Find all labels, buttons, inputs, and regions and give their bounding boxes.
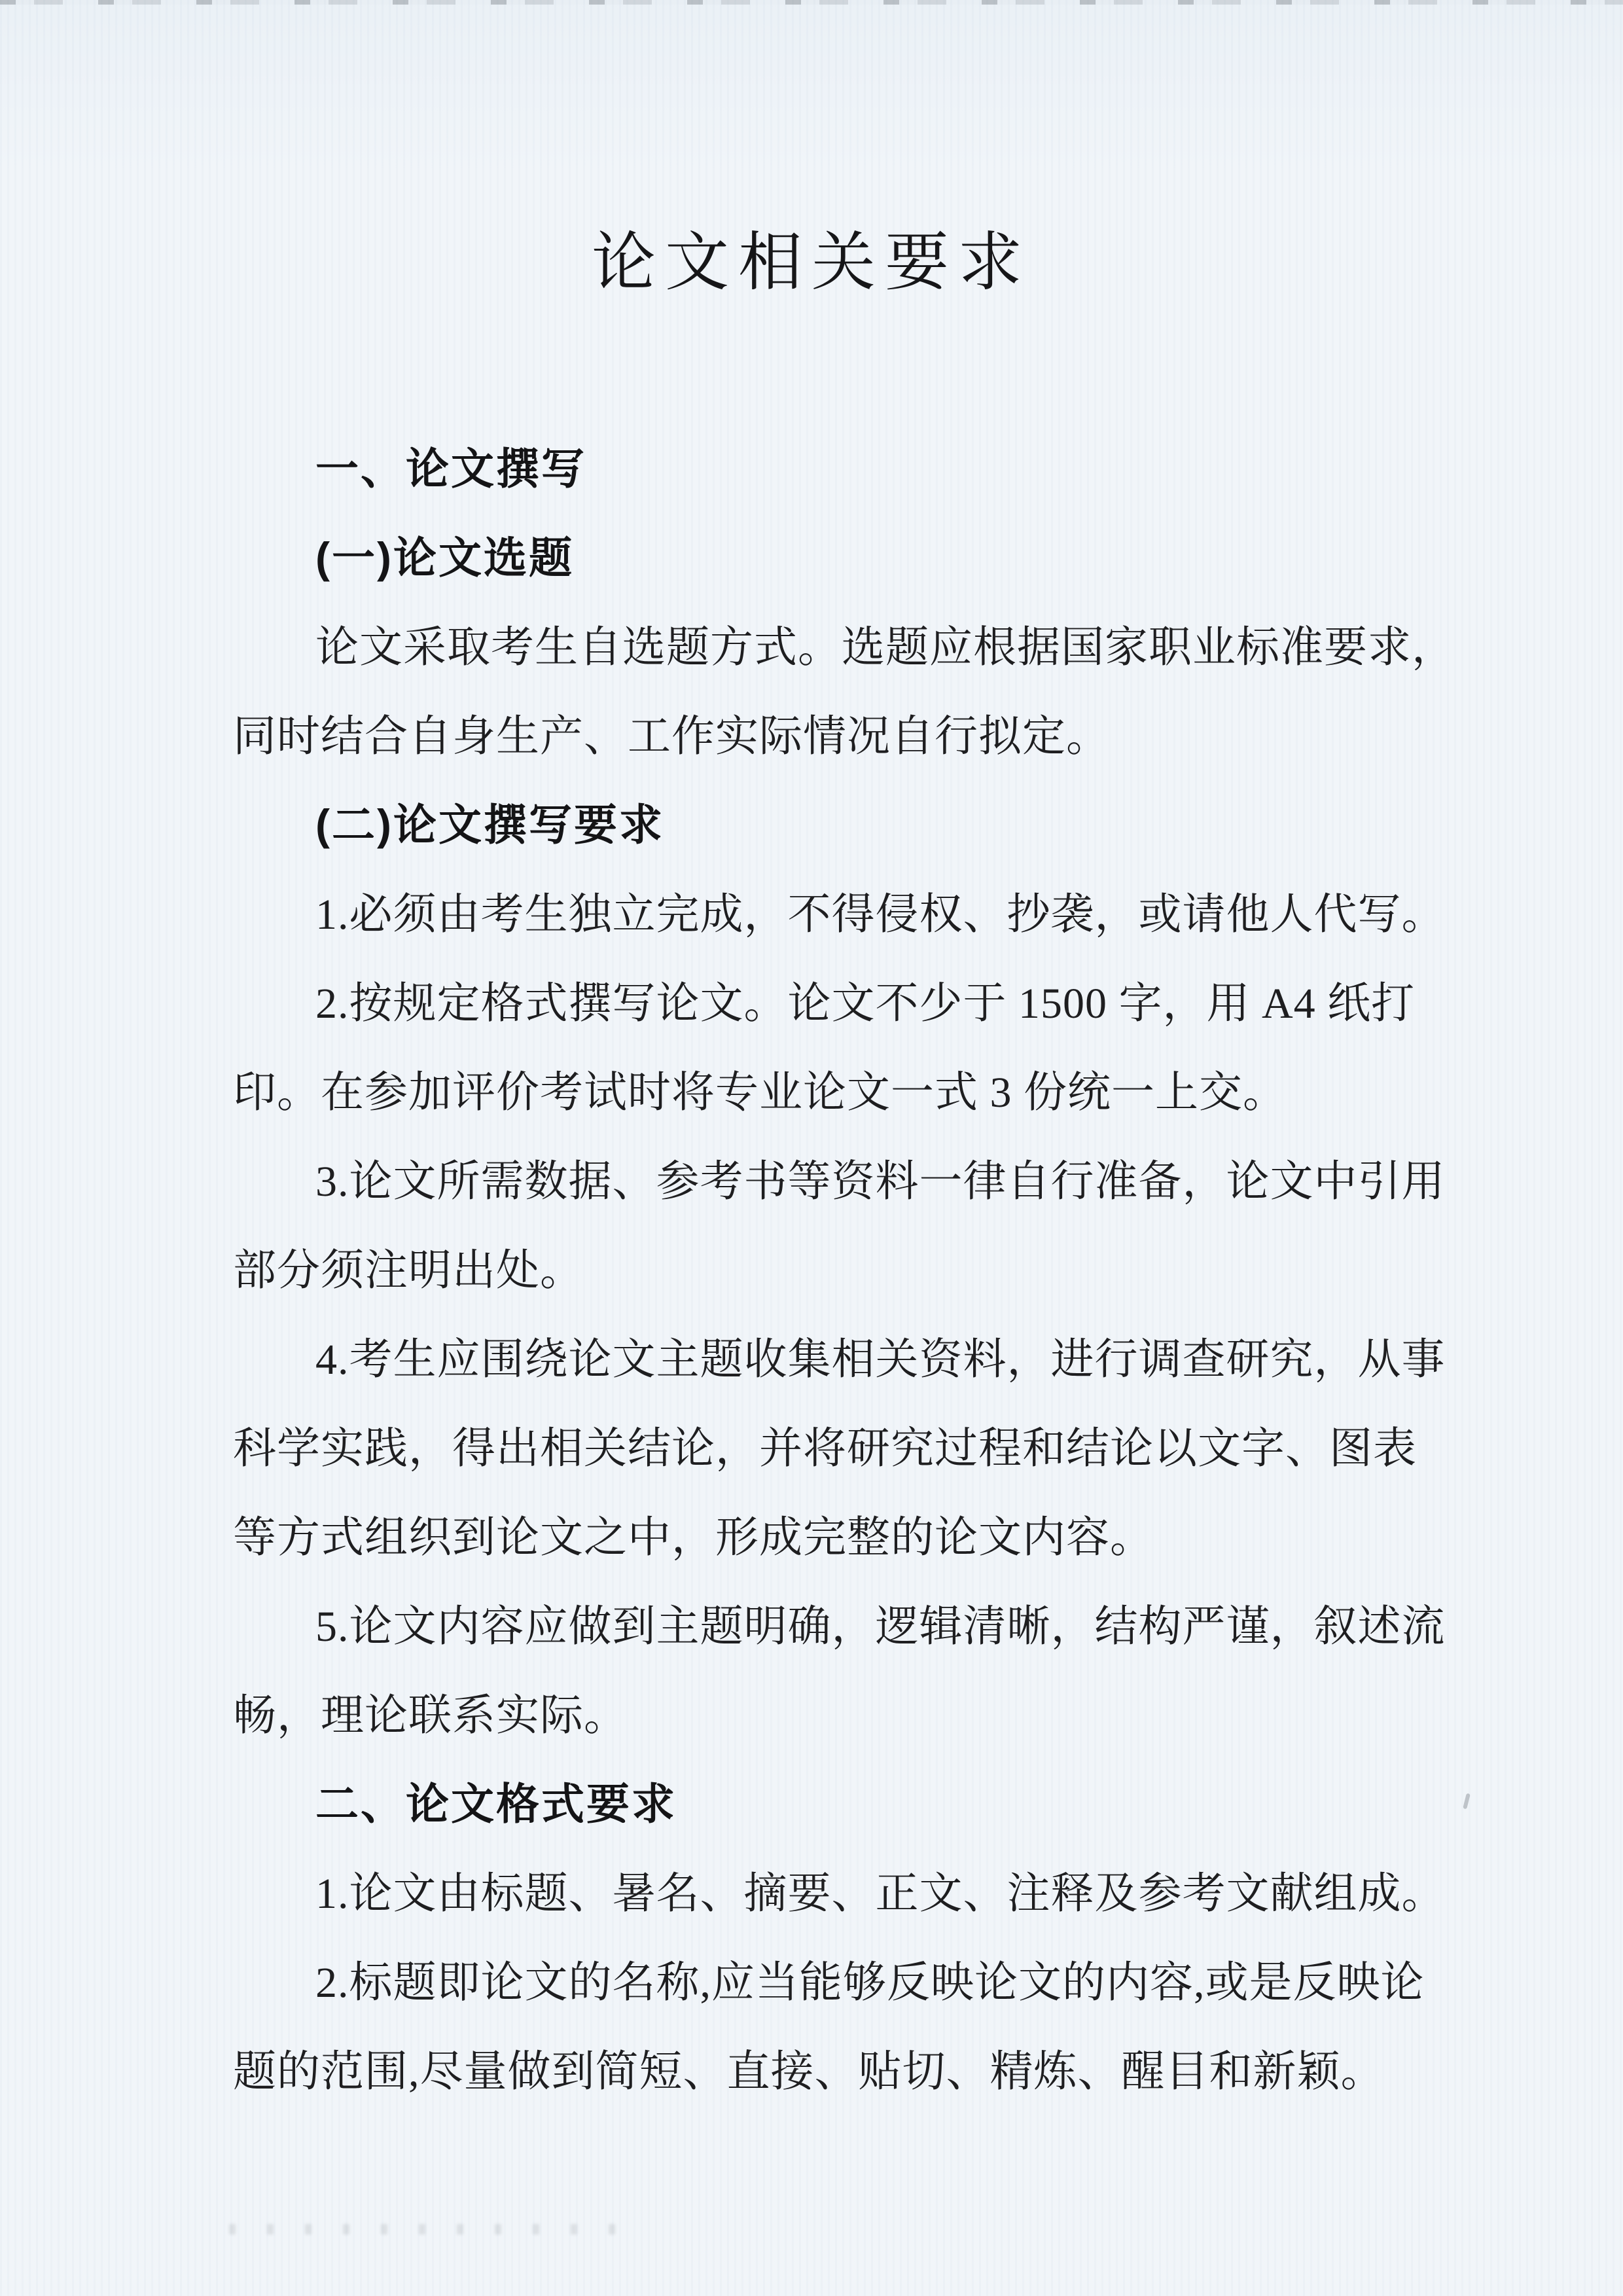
scan-edge-artifact — [0, 0, 1623, 5]
page-title: 论文相关要求 — [0, 211, 1623, 303]
text-line: 3.论文所需数据、参考书等资料一律自行准备，论文中引用 — [233, 1132, 1421, 1221]
text-line: 畅，理论联系实际。 — [233, 1666, 1421, 1755]
text-line: 论文采取考生自选题方式。选题应根据国家职业标准要求， — [233, 598, 1421, 687]
document-body: 一、论文撰写(一)论文选题论文采取考生自选题方式。选题应根据国家职业标准要求，同… — [233, 420, 1421, 2111]
text-line: 4.考生应围绕论文主题收集相关资料，进行调查研究，从事 — [233, 1310, 1421, 1399]
section-heading: 一、论文撰写 — [233, 420, 1421, 509]
text-line: 5.论文内容应做到主题明确，逻辑清晰，结构严谨，叙述流 — [233, 1577, 1421, 1666]
text-line: 题的范围,尽量做到简短、直接、贴切、精炼、醒目和新颖。 — [233, 2022, 1421, 2111]
text-line: 印。在参加评价考试时将专业论文一式 3 份统一上交。 — [233, 1043, 1421, 1132]
text-line: 同时结合自身生产、工作实际情况自行拟定。 — [233, 687, 1421, 776]
text-line: 2.标题即论文的名称,应当能够反映论文的内容,或是反映论 — [233, 1933, 1421, 2022]
text-line: 科学实践，得出相关结论，并将研究过程和结论以文字、图表 — [233, 1399, 1421, 1488]
text-line: 1.必须由考生独立完成，不得侵权、抄袭，或请他人代写。 — [233, 865, 1421, 954]
section-heading: (一)论文选题 — [233, 509, 1421, 598]
scan-speck-artifact — [1463, 1793, 1471, 1810]
text-line: 等方式组织到论文之中，形成完整的论文内容。 — [233, 1488, 1421, 1577]
scan-smudge-artifact — [229, 2224, 635, 2234]
text-line: 1.论文由标题、暑名、摘要、正文、注释及参考文献组成。 — [233, 1844, 1421, 1933]
section-heading: 二、论文格式要求 — [233, 1755, 1421, 1844]
section-heading: (二)论文撰写要求 — [233, 776, 1421, 865]
scanned-document-page: 论文相关要求 一、论文撰写(一)论文选题论文采取考生自选题方式。选题应根据国家职… — [0, 0, 1623, 2296]
text-line: 2.按规定格式撰写论文。论文不少于 1500 字，用 A4 纸打 — [233, 954, 1421, 1043]
text-line: 部分须注明出处。 — [233, 1221, 1421, 1310]
